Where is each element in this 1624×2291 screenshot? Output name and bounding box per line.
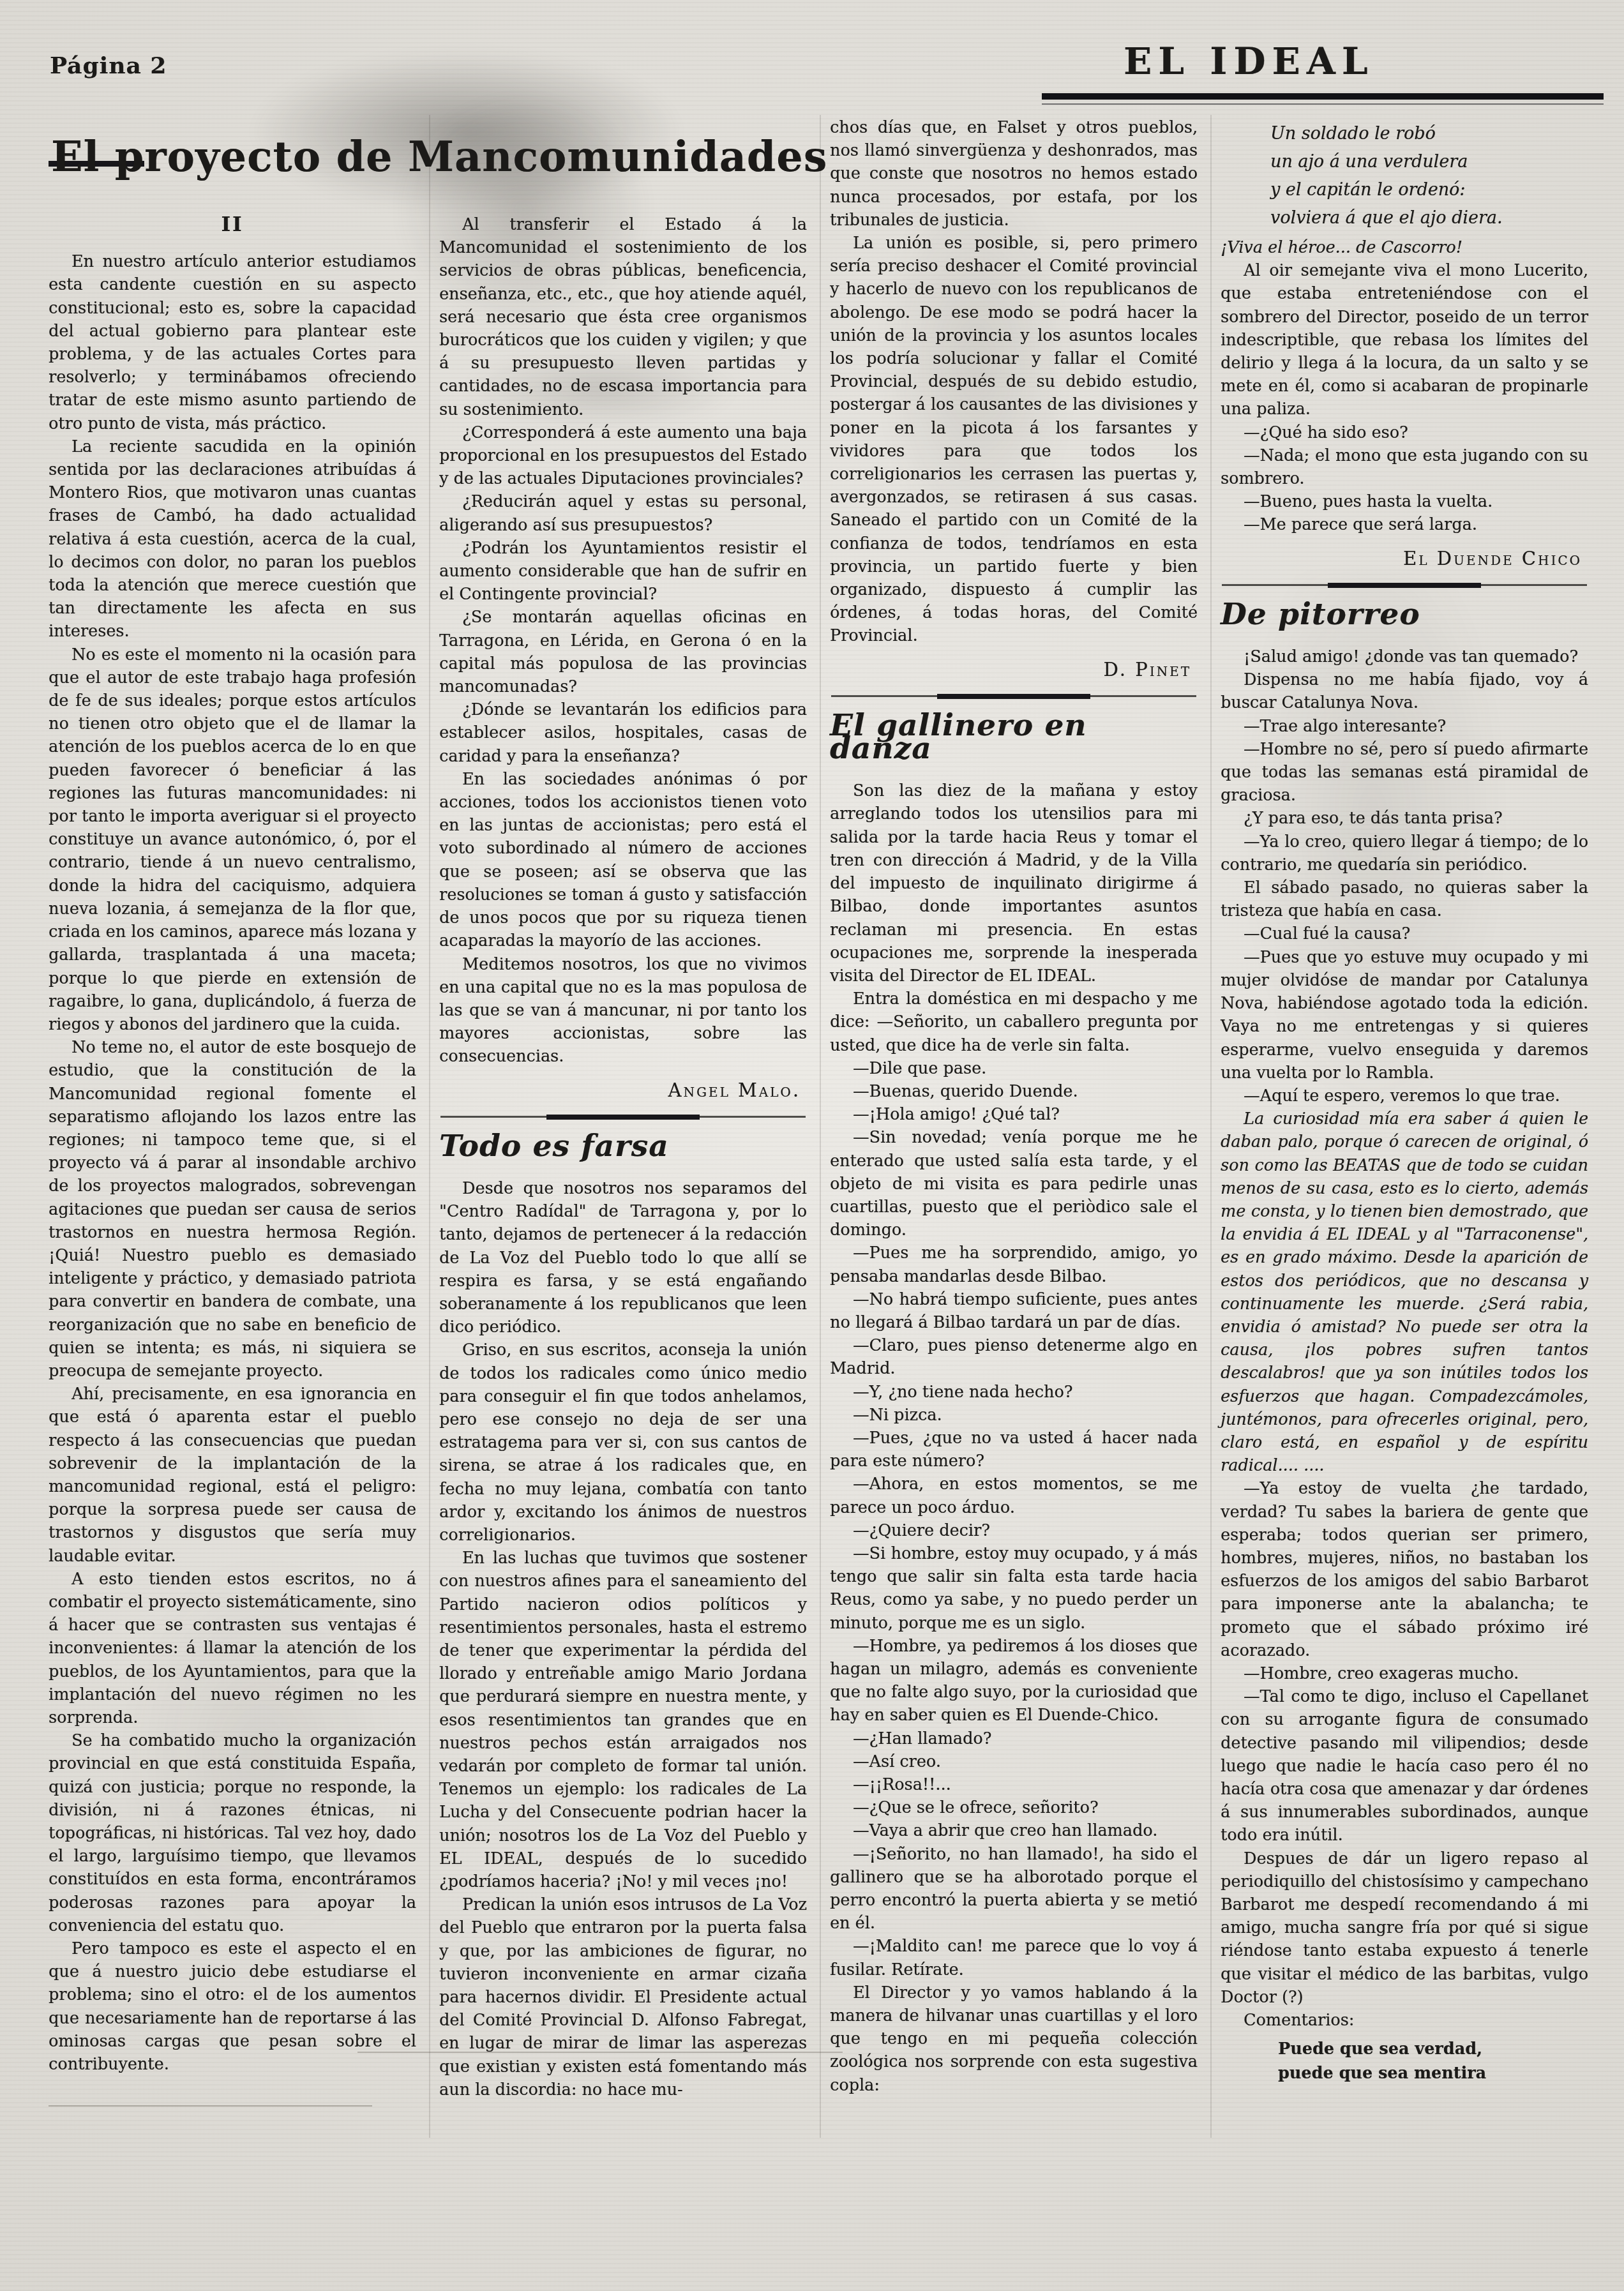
dialogue-line: —¡Maldito can! me parece que lo voy á fu… xyxy=(830,1935,1198,1981)
dialogue-line: —Ahora, en estos momentos, se me parece … xyxy=(830,1473,1198,1519)
dialogue-line: —Vaya a abrir que creo han llamado. xyxy=(830,1819,1198,1842)
aside-paragraph: La curiosidad mía era saber á quien le d… xyxy=(1221,1108,1588,1477)
paragraph: En nuestro artículo anterior estudiamos … xyxy=(49,250,416,435)
main-headline: El proyecto de Mancomunidades xyxy=(49,110,807,181)
dialogue-line: —Hombre no sé, pero sí puedo afirmarte q… xyxy=(1221,738,1588,807)
dialogue-line: —Pues que yo estuve muy ocupado y mi muj… xyxy=(1221,946,1588,1085)
paragraph: No es este el momento ni la ocasión para… xyxy=(49,643,416,1036)
dialogue-line: —Tal como te digo, incluso el Capellanet… xyxy=(1221,1685,1588,1847)
paragraph: ¿Se montarán aquellas oficinas en Tarrag… xyxy=(439,606,807,698)
paper-crease xyxy=(357,2052,843,2053)
paragraph: Al oir semejante viva el mono Lucerito, … xyxy=(1221,259,1588,421)
dialogue-line: —Cual fué la causa? xyxy=(1221,922,1588,945)
paragraph: Desde que nosotros nos separamos del "Ce… xyxy=(439,1177,807,1339)
section-divider xyxy=(1222,583,1587,588)
paragraph: La unión es posible, si, pero primero se… xyxy=(830,232,1198,648)
dialogue-line: —Buenas, querido Duende. xyxy=(830,1080,1198,1103)
dialogue-line: —Y, ¿no tiene nada hecho? xyxy=(830,1381,1198,1404)
paragraph: A esto tienden estos escritos, no á comb… xyxy=(49,1568,416,1729)
continued-paragraph: chos días que, en Falset y otros pueblos… xyxy=(830,116,1198,232)
masthead-rule xyxy=(1042,93,1604,100)
paragraph: Se ha combatido mucho la organización pr… xyxy=(49,1729,416,1937)
article-title: El gallinero en danza xyxy=(830,714,1198,760)
column-1: II En nuestro artículo anterior estudiam… xyxy=(49,213,416,2107)
copla-line: y el capitán le ordenó: xyxy=(1270,176,1588,204)
dialogue-line: —Me parece que será larga. xyxy=(1221,513,1588,536)
dialogue-line: —Claro, pues pienso detenerme algo en Ma… xyxy=(830,1334,1198,1380)
dialogue-line: —Ya estoy de vuelta ¿he tardado, verdad?… xyxy=(1221,1477,1588,1662)
article-title: De pitorreo xyxy=(1221,603,1588,626)
label-line: Comentarios: xyxy=(1221,2009,1588,2032)
closing-verse: Puede que sea verdad, puede que sea ment… xyxy=(1278,2037,1588,2085)
dialogue-line: —¡¡Rosa!!... xyxy=(830,1773,1198,1796)
paragraph: Pero tampoco es este el aspecto el en qu… xyxy=(49,1937,416,2076)
dialogue-line: —Hombre, creo exageras mucho. xyxy=(1221,1662,1588,1685)
section-divider xyxy=(831,694,1196,699)
paragraph: La reciente sacudida en la opinión senti… xyxy=(49,435,416,643)
paragraph: En las sociedades anónimas ó por accione… xyxy=(439,768,807,953)
dialogue-line: —Hombre, ya pediremos á los dioses que h… xyxy=(830,1635,1198,1727)
column-3: chos días que, en Falset y otros pueblos… xyxy=(830,110,1198,2107)
copla-line: Un soldado le robó xyxy=(1270,120,1588,148)
verse-line: puede que sea mentira xyxy=(1278,2061,1588,2085)
page-number-label: Página 2 xyxy=(50,52,167,79)
article-title: Todo es farsa xyxy=(439,1135,807,1158)
paragraph: ¡Salud amigo! ¿donde vas tan quemado? xyxy=(1221,645,1588,668)
column-2: Al transferir el Estado á la Mancomunida… xyxy=(439,213,807,2107)
verse-line: Puede que sea verdad, xyxy=(1278,2037,1588,2061)
paragraph: Son las diez de la mañana y estoy arregl… xyxy=(830,779,1198,988)
paragraph: Despues de dár un ligero repaso al perio… xyxy=(1221,1847,1588,2009)
dialogue-line: —Pues, ¿que no va usted á hacer nada par… xyxy=(830,1427,1198,1473)
dialogue-line: —Trae algo interesante? xyxy=(1221,715,1588,738)
copla-line: un ajo á una verdulera xyxy=(1270,148,1588,176)
column-4: Un soldado le robó un ajo á una verduler… xyxy=(1221,110,1588,2107)
dialogue-line: —Dile que pase. xyxy=(830,1057,1198,1080)
exclamation-line: ¡Viva el héroe... de Cascorro! xyxy=(1221,236,1588,259)
satirical-copla: Un soldado le robó un ajo á una verduler… xyxy=(1270,120,1588,232)
dialogue-line: —Bueno, pues hasta la vuelta. xyxy=(1221,490,1588,513)
paragraph: El sábado pasado, no quieras saber la tr… xyxy=(1221,876,1588,922)
newspaper-title: EL IDEAL xyxy=(1124,40,1374,83)
paragraph: Entra la doméstica en mi despacho y me d… xyxy=(830,988,1198,1057)
paragraph: Ahí, precisamente, en esa ignorancia en … xyxy=(49,1383,416,1568)
dialogue-line: —¿Han llamado? xyxy=(830,1727,1198,1750)
paragraph: ¿Podrán los Ayuntamientos resistir el au… xyxy=(439,537,807,606)
dialogue-line: —Así creo. xyxy=(830,1750,1198,1773)
paragraph: El Director y yo vamos hablando á la man… xyxy=(830,1981,1198,2097)
paragraph: En las luchas que tuvimos que sostener c… xyxy=(439,1547,807,1893)
paragraph: Predican la unión esos intrusos de La Vo… xyxy=(439,1893,807,2101)
paragraph: No teme no, el autor de este bosquejo de… xyxy=(49,1036,416,1383)
dialogue-line: —Pues me ha sorprendido, amigo, yo pensa… xyxy=(830,1242,1198,1288)
copla-line: volviera á que el ajo diera. xyxy=(1270,204,1588,232)
page-columns: El proyecto de Mancomunidades II En nues… xyxy=(49,110,1588,2107)
masthead: Página 2 EL IDEAL xyxy=(0,0,1624,110)
dialogue-line: ¿Y para eso, te dás tanta prisa? xyxy=(1221,807,1588,830)
dialogue-line: —Nada; el mono que esta jugando con su s… xyxy=(1221,444,1588,490)
section-divider xyxy=(440,1115,806,1120)
part-label: II xyxy=(49,213,416,236)
column-end-rule xyxy=(49,2105,372,2107)
author-signature: D. Pinet xyxy=(830,658,1191,681)
dialogue-line: —¿Que se le ofrece, señorito? xyxy=(830,1796,1198,1819)
dialogue-line: —Ya lo creo, quiero llegar á tiempo; de … xyxy=(1221,830,1588,876)
paragraph: ¿Corresponderá á este aumento una baja p… xyxy=(439,421,807,491)
newspaper-page: Página 2 EL IDEAL El proyecto de Mancomu… xyxy=(0,0,1624,2291)
paragraph: Dispensa no me había fijado, voy á busca… xyxy=(1221,668,1588,714)
dialogue-line: —Si hombre, estoy muy ocupado, y á más t… xyxy=(830,1542,1198,1635)
paragraph: ¿Reducirán aquel y estas su personal, al… xyxy=(439,490,807,536)
dialogue-line: —No habrá tiempo suficiente, pues antes … xyxy=(830,1288,1198,1334)
dialogue-line: —Ni pizca. xyxy=(830,1404,1198,1427)
dialogue-line: —Sin novedad; venía porque me he enterad… xyxy=(830,1126,1198,1242)
paragraph: ¿Dónde se levantarán los edificios para … xyxy=(439,698,807,768)
dialogue-line: —Aquí te espero, veremos lo que trae. xyxy=(1221,1085,1588,1108)
dialogue-line: —¡Señorito, no han llamado!, ha sido el … xyxy=(830,1843,1198,1935)
dialogue-line: —¿Quiere decir? xyxy=(830,1519,1198,1542)
paragraph: Griso, en sus escritos, aconseja la unió… xyxy=(439,1339,807,1547)
paragraph: Meditemos nosotros, los que no vivimos e… xyxy=(439,953,807,1069)
author-signature: Angel Malo. xyxy=(439,1079,801,1102)
paragraph: Al transferir el Estado á la Mancomunida… xyxy=(439,213,807,421)
masthead-rule-thin xyxy=(1042,103,1604,105)
author-signature: El Duende Chico xyxy=(1221,547,1582,570)
dialogue-line: —¡Hola amigo! ¿Qué tal? xyxy=(830,1103,1198,1126)
dialogue-line: —¿Qué ha sido eso? xyxy=(1221,421,1588,444)
